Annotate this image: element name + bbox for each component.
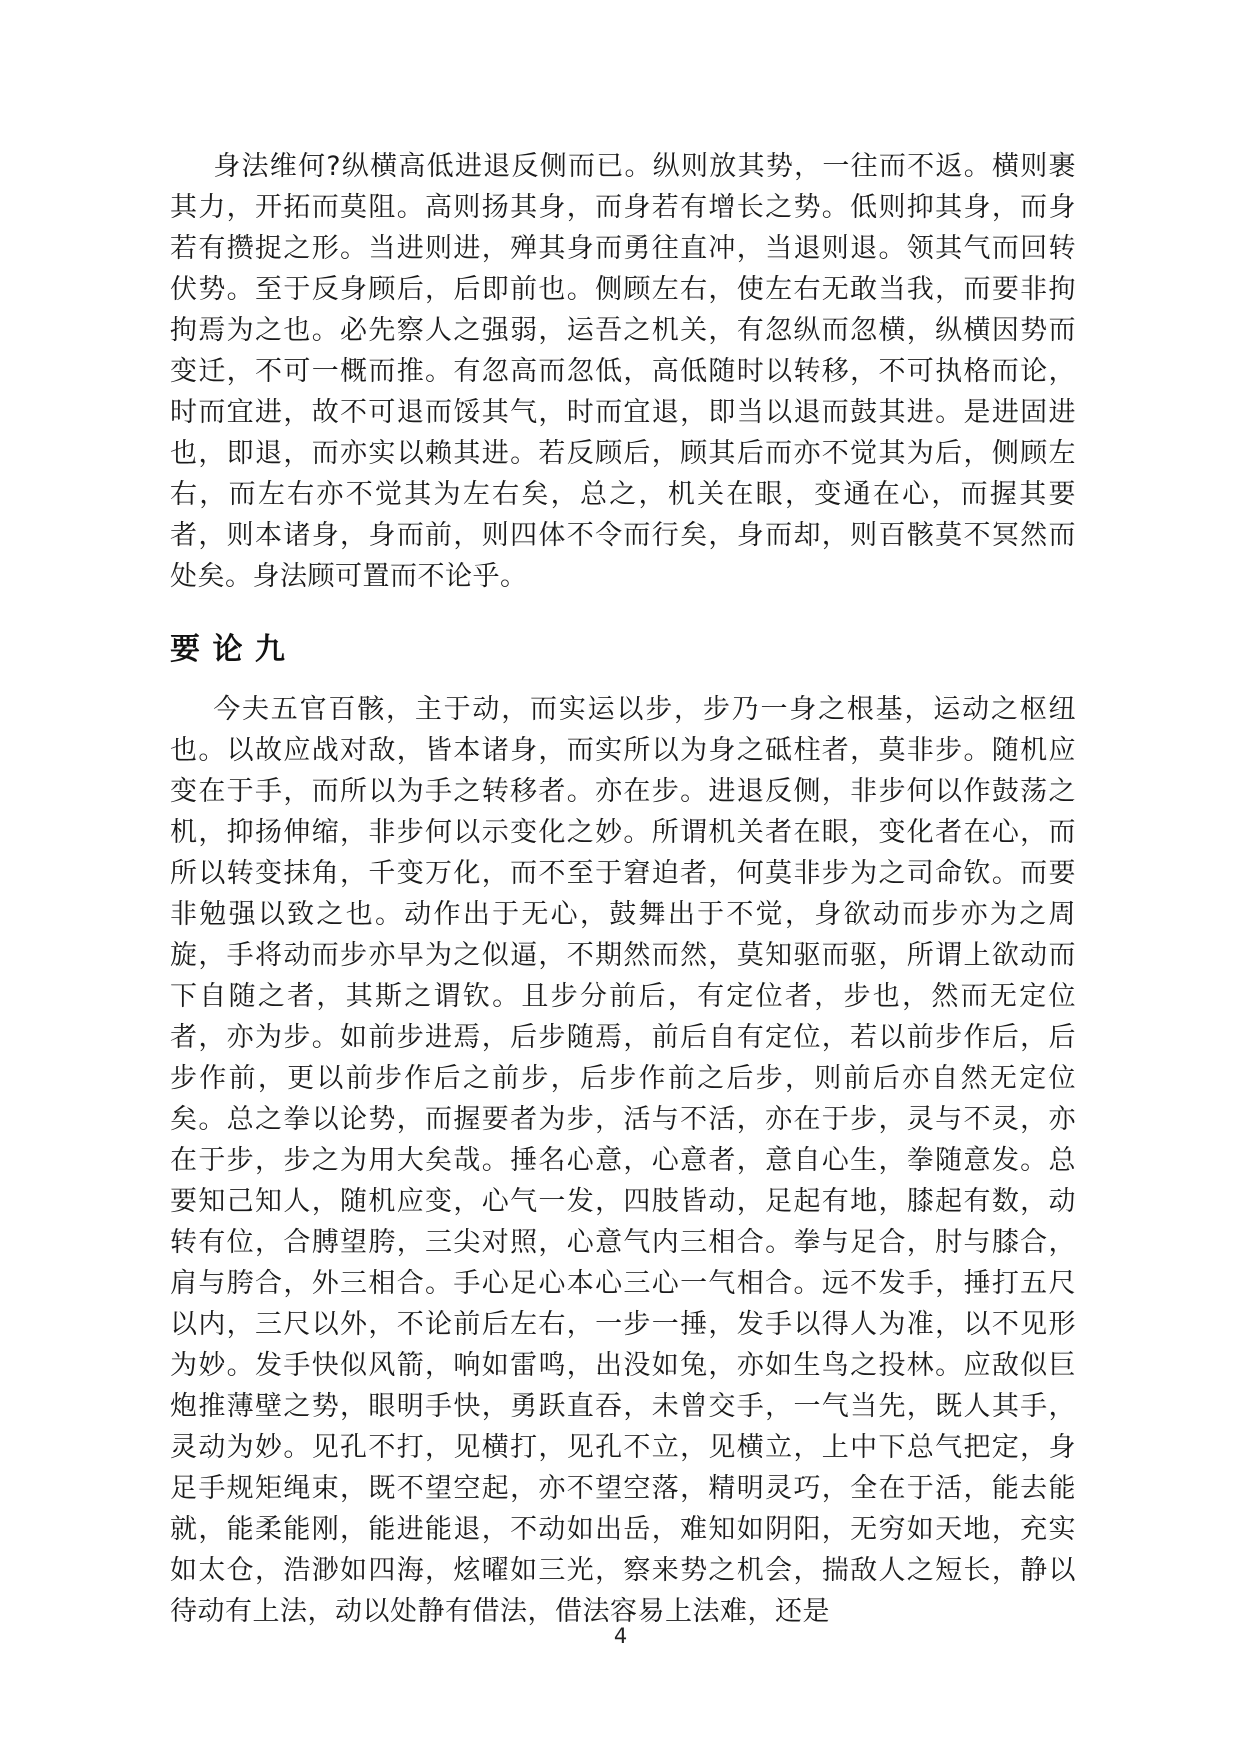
page-number: 4 bbox=[0, 1622, 1241, 1650]
section-heading-essay-nine: 要 论 九 bbox=[170, 633, 1076, 667]
paragraph-body-method: 身法维何?纵横高低进退反侧而已。纵则放其势，一往而不返。横则裹其力，开拓而莫阻。… bbox=[170, 146, 1076, 597]
text-block: 身法维何?纵横高低进退反侧而已。纵则放其势，一往而不返。横则裹其力，开拓而莫阻。… bbox=[170, 146, 1076, 1632]
paragraph-essay-nine: 今夫五官百骸，主于动，而实运以步，步乃一身之根基，运动之枢纽也。以故应战对敌，皆… bbox=[170, 689, 1076, 1632]
document-page: 身法维何?纵横高低进退反侧而已。纵则放其势，一往而不返。横则裹其力，开拓而莫阻。… bbox=[0, 0, 1241, 1754]
